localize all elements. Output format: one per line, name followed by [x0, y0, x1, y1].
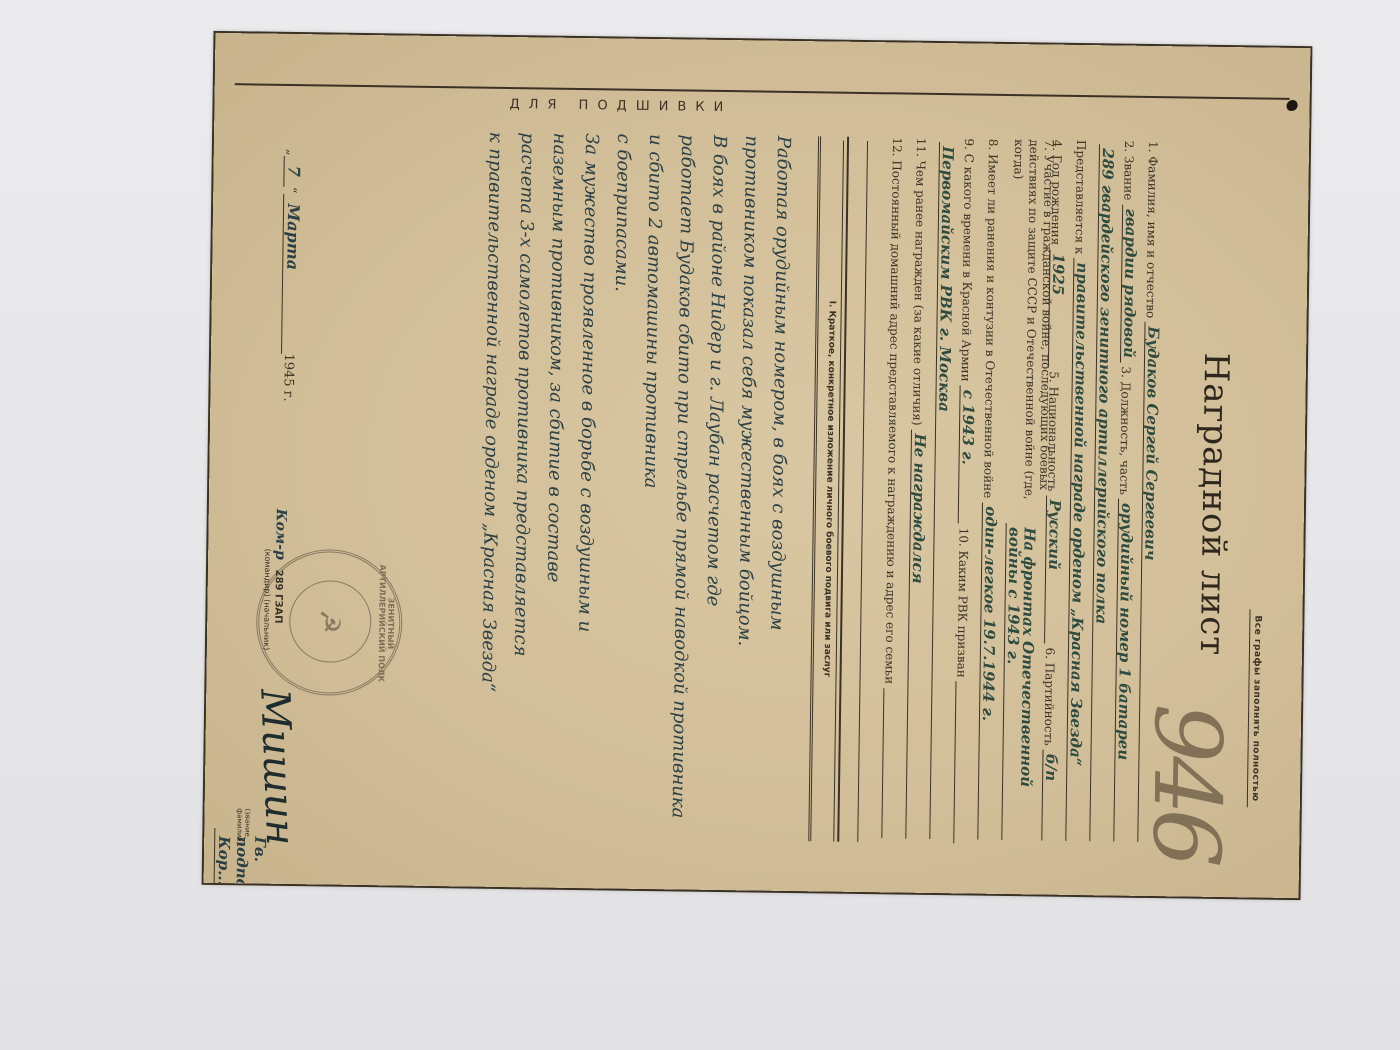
field-label: 2. Звание — [1122, 141, 1135, 201]
binding-label: ДЛЯ ПОДШИВКИ — [509, 97, 732, 115]
signer-block: Ком-р 289 ГЗАП (командир) (начальник) — [262, 509, 289, 651]
signer-sub-label: (командир) (начальник) — [262, 549, 272, 651]
photo-background: ДЛЯ ПОДШИВКИ Все графы заполнять полност… — [0, 0, 1400, 1050]
document-date: „ 7 “ Марта 1945 г. — [280, 149, 304, 402]
document-body: Все графы заполнять полностью Наградной … — [224, 128, 1289, 868]
field-label: 11. Чем ранее награжден (за какие отличи… — [911, 138, 927, 426]
header-note: Все графы заполнять полностью — [1247, 609, 1263, 807]
stamp-text: ЗЕНИТНЫЙ АРТИЛЛЕРИЙСКИЙ ПОЛК — [376, 553, 396, 693]
handwritten-signature: Мишин — [251, 688, 303, 846]
signer-role: Ком-р — [272, 509, 289, 560]
award-sheet-document: ДЛЯ ПОДШИВКИ Все графы заполнять полност… — [204, 33, 1311, 898]
field-value: На фронтах Отечественной войны с 1943 г. — [1001, 523, 1036, 840]
signer-unit: 289 ГЗАП — [272, 570, 284, 624]
field-label: 6. Партийность — [1043, 647, 1056, 745]
field-value: один-легкое 19.7.1944 г. — [977, 502, 998, 840]
signer-name-label: (звание, фамилия) — [235, 808, 252, 853]
field-label: Представляется к — [1073, 140, 1087, 255]
date-month: Марта — [281, 193, 303, 353]
document-footer: ЗЕНИТНЫЙ АРТИЛЛЕРИЙСКИЙ ПОЛК ☭ Ком-р 289… — [219, 128, 429, 856]
date-day: 7 — [283, 156, 303, 187]
binding-margin: ДЛЯ ПОДШИВКИ — [234, 83, 1289, 130]
field-value: орудийный номер 1 батареи — [1113, 499, 1134, 842]
field-label: 8. Имеет ли ранения и контузии в Отечест… — [982, 139, 999, 499]
form-fields: 1. Фамилия, имя и отчество Будаков Серге… — [833, 137, 1171, 847]
field-label: 7. Участие в гражданской войне, последую… — [1006, 139, 1056, 520]
field-label: 9. С какого времени в Красной Армии — [960, 138, 975, 381]
field-value: гвардии рядовой — [1120, 204, 1138, 362]
field-label: 10. Каким РВК призван — [956, 528, 970, 678]
field-label: 1. Фамилия, имя и отчество — [1145, 141, 1159, 318]
field-label: 3. Должность, часть — [1118, 366, 1132, 495]
handwritten-narrative: Работая орудийным номером, в боях с возд… — [469, 132, 799, 831]
field-value: б/п — [1041, 750, 1058, 841]
field-value: с 1943 г. — [958, 386, 976, 524]
stamp-emblem-icon: ☭ — [289, 580, 372, 663]
date-year: 1945 г. — [280, 353, 296, 401]
